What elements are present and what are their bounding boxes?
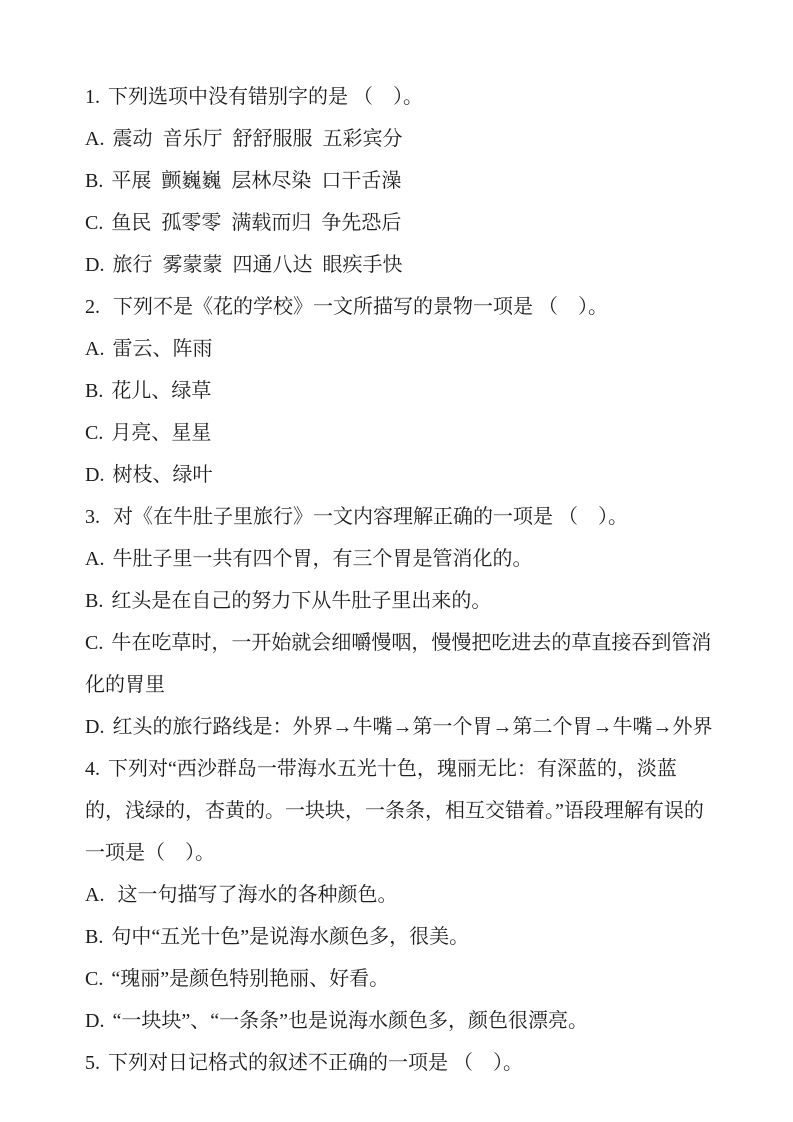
question-1-option-c: C.鱼民 孤零零 满载而归 争先恐后	[85, 202, 713, 244]
question-3-option-a: A.牛肚子里一共有四个胃，有三个胃是管消化的。	[85, 538, 713, 580]
option-label: B.	[85, 380, 103, 402]
question-4-option-a: A. 这一句描写了海水的各种颜色。	[85, 874, 713, 916]
question-2-option-c: C.月亮、星星	[85, 412, 713, 454]
question-2-option-a: A.雷云、阵雨	[85, 328, 713, 370]
option-text: 牛在吃草时，一开始就会细嚼慢咽，慢慢把吃进去的草直接吞到管消化的胃里	[85, 632, 711, 696]
option-label: A.	[85, 338, 104, 360]
question-4-option-d: D.“一块块”、“一条条”也是说海水颜色多，颜色很漂亮。	[85, 1000, 713, 1042]
question-number: 1.	[85, 86, 100, 108]
option-text: 牛肚子里一共有四个胃，有三个胃是管消化的。	[112, 548, 532, 570]
option-text: 雷云、阵雨	[112, 338, 212, 360]
question-number: 3.	[85, 506, 100, 528]
option-label: B.	[85, 590, 103, 612]
question-2-stem: 2. 下列不是《花的学校》一文所描写的景物一项是 （ ）。	[85, 286, 713, 328]
worksheet-content: 1.下列选项中没有错别字的是 （ ）。A.震动 音乐厅 舒舒服服 五彩宾分B.平…	[85, 76, 713, 1084]
question-text: 下列不是《花的学校》一文所描写的景物一项是 （ ）。	[108, 296, 608, 318]
option-label: A.	[85, 884, 104, 906]
question-1-option-d: D.旅行 雾蒙蒙 四通八达 眼疾手快	[85, 244, 713, 286]
option-label: A.	[85, 128, 104, 150]
option-text: “瑰丽”是颜色特别艳丽、好看。	[111, 968, 389, 990]
question-1-stem: 1.下列选项中没有错别字的是 （ ）。	[85, 76, 713, 118]
question-number: 4.	[85, 758, 100, 780]
option-text: 红头是在自己的努力下从牛肚子里出来的。	[111, 590, 491, 612]
question-text: 下列选项中没有错别字的是 （ ）。	[108, 86, 423, 108]
question-text: 下列对日记格式的叙述不正确的一项是 （ ）。	[108, 1052, 523, 1074]
question-3-option-c: C.牛在吃草时，一开始就会细嚼慢咽，慢慢把吃进去的草直接吞到管消化的胃里	[85, 622, 713, 706]
option-label: D.	[85, 716, 104, 738]
question-1-option-a: A.震动 音乐厅 舒舒服服 五彩宾分	[85, 118, 713, 160]
option-label: A.	[85, 548, 104, 570]
question-2-option-d: D.树枝、绿叶	[85, 454, 713, 496]
option-text: 月亮、星星	[111, 422, 211, 444]
question-1-option-b: B.平展 颤巍巍 层林尽染 口干舌澡	[85, 160, 713, 202]
question-4-stem: 4.下列对“西沙群岛一带海水五光十色，瑰丽无比：有深蓝的，淡蓝的，浅绿的，杏黄的…	[85, 748, 713, 874]
option-label: D.	[85, 254, 104, 276]
option-text: 鱼民 孤零零 满载而归 争先恐后	[111, 212, 401, 234]
question-4-option-b: B.句中“五光十色”是说海水颜色多，很美。	[85, 916, 713, 958]
question-2-option-b: B.花儿、绿草	[85, 370, 713, 412]
option-text: 这一句描写了海水的各种颜色。	[112, 884, 397, 906]
option-text: 树枝、绿叶	[112, 464, 212, 486]
option-text: 平展 颤巍巍 层林尽染 口干舌澡	[111, 170, 401, 192]
option-label: C.	[85, 968, 103, 990]
option-text: 旅行 雾蒙蒙 四通八达 眼疾手快	[112, 254, 402, 276]
question-3-stem: 3. 对《在牛肚子里旅行》一文内容理解正确的一项是 （ ）。	[85, 496, 713, 538]
option-text: 红头的旅行路线是：外界→牛嘴→第一个胃→第二个胃→牛嘴→外界	[112, 716, 712, 738]
question-text: 对《在牛肚子里旅行》一文内容理解正确的一项是 （ ）。	[108, 506, 628, 528]
question-3-option-d: D.红头的旅行路线是：外界→牛嘴→第一个胃→第二个胃→牛嘴→外界	[85, 706, 713, 748]
option-label: C.	[85, 422, 103, 444]
option-label: B.	[85, 170, 103, 192]
question-4-option-c: C.“瑰丽”是颜色特别艳丽、好看。	[85, 958, 713, 1000]
question-text: 下列对“西沙群岛一带海水五光十色，瑰丽无比：有深蓝的，淡蓝的，浅绿的，杏黄的。一…	[85, 758, 704, 864]
option-text: 震动 音乐厅 舒舒服服 五彩宾分	[112, 128, 402, 150]
option-label: D.	[85, 1010, 104, 1032]
question-number: 2.	[85, 296, 100, 318]
option-text: 句中“五光十色”是说海水颜色多，很美。	[111, 926, 469, 948]
option-label: D.	[85, 464, 104, 486]
option-text: “一块块”、“一条条”也是说海水颜色多，颜色很漂亮。	[112, 1010, 588, 1032]
option-label: C.	[85, 212, 103, 234]
question-number: 5.	[85, 1052, 100, 1074]
document-page: 1.下列选项中没有错别字的是 （ ）。A.震动 音乐厅 舒舒服服 五彩宾分B.平…	[0, 0, 793, 1122]
option-label: B.	[85, 926, 103, 948]
option-text: 花儿、绿草	[111, 380, 211, 402]
option-label: C.	[85, 632, 103, 654]
question-5-stem: 5.下列对日记格式的叙述不正确的一项是 （ ）。	[85, 1042, 713, 1084]
question-3-option-b: B.红头是在自己的努力下从牛肚子里出来的。	[85, 580, 713, 622]
